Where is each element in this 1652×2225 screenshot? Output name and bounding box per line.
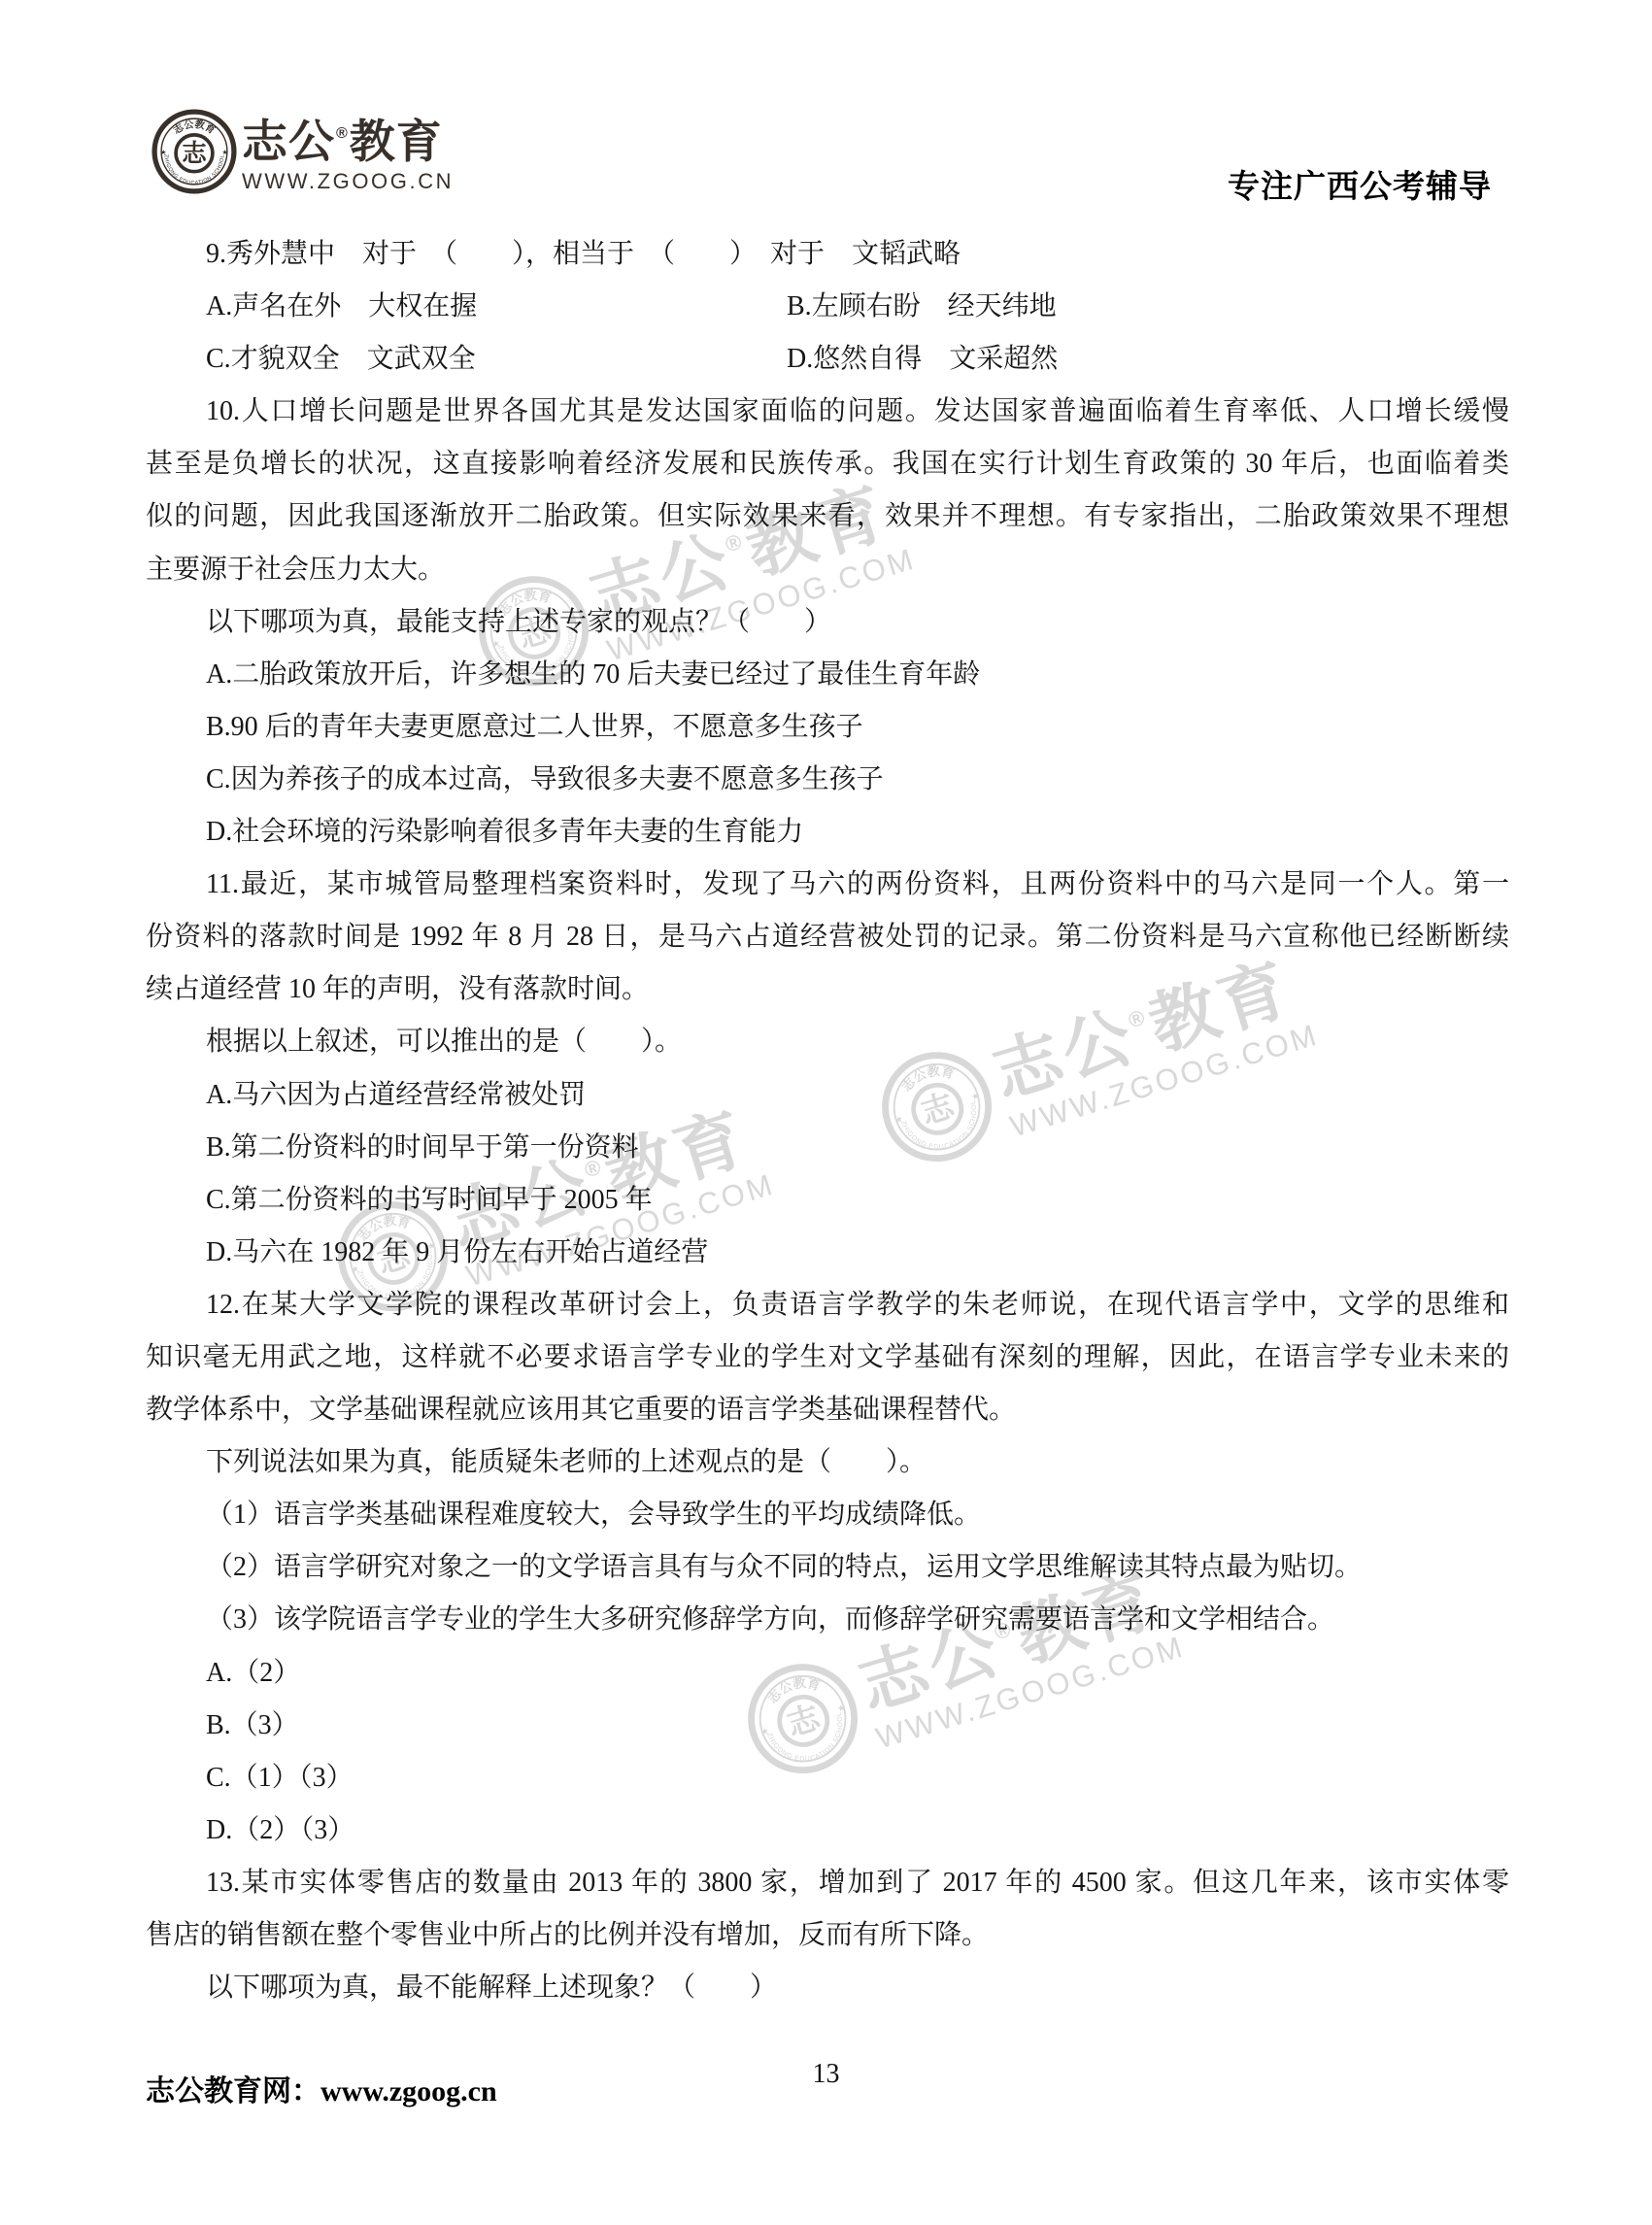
exam-page: 志公教育 ZHIGONG EDUCATION SCHOOL ★ ★ 志 志公®教… xyxy=(0,0,1652,2225)
brand-seal-icon xyxy=(152,109,237,194)
q12-statement-1: （1）语言学类基础课程难度较大，会导致学生的平均成绩降低。 xyxy=(146,1489,1509,1541)
q10-option-b: B.90 后的青年夫妻更愿意过二人世界，不愿意多生孩子 xyxy=(146,701,1509,754)
q10-option-a: A.二胎政策放开后，许多想生的 70 后夫妻已经过了最佳生育年龄 xyxy=(146,649,1509,701)
brand-url: WWW.ZGOOG.CN xyxy=(242,169,454,194)
q10-text-line1: 10.人口增长问题是世界各国尤其是发达国家面临的问题。发达国家普遍面临着生育率低… xyxy=(146,386,1509,438)
q12-statement-2: （2）语言学研究对象之一的文学语言具有与众不同的特点，运用文学思维解读其特点最为… xyxy=(146,1541,1509,1594)
q10-text-line4: 主要源于社会压力太大。 xyxy=(146,544,1509,596)
q13-text-line1: 13.某市实体零售店的数量由 2013 年的 3800 家，增加到了 2017 … xyxy=(146,1857,1509,1909)
q10-text-line2: 甚至是负增长的状况，这直接影响着经济发展和民族传承。我国在实行计划生育政策的 3… xyxy=(146,438,1509,490)
q12-option-b: B.（3） xyxy=(146,1700,1509,1752)
q10-prompt: 以下哪项为真，最能支持上述专家的观点？（ ） xyxy=(146,596,1509,649)
q11-text-line1: 11.最近，某市城管局整理档案资料时，发现了马六的两份资料，且两份资料中的马六是… xyxy=(146,859,1509,911)
q13-text-line2: 售店的销售额在整个零售业中所占的比例并没有增加，反而有所下降。 xyxy=(146,1909,1509,1962)
q12-text-line3: 教学体系中，文学基础课程就应该用其它重要的语言学类基础课程替代。 xyxy=(146,1384,1509,1436)
q9-options-cd-left: C.才貌双全 文武双全 xyxy=(146,344,476,374)
q12-prompt: 下列说法如果为真，能质疑朱老师的上述观点的是（ ）。 xyxy=(146,1436,1509,1489)
q10-option-d: D.社会环境的污染影响着很多青年夫妻的生育能力 xyxy=(146,806,1509,859)
header-slogan: 专注广西公考辅导 xyxy=(1228,161,1492,207)
q12-option-a: A.（2） xyxy=(146,1647,1509,1700)
q10-option-c: C.因为养孩子的成本过高，导致很多夫妻不愿意多生孩子 xyxy=(146,754,1509,806)
registered-mark: ® xyxy=(336,125,349,142)
q13-prompt: 以下哪项为真，最不能解释上述现象？（ ） xyxy=(146,1962,1509,2014)
q11-text-line3: 续占道经营 10 年的声明，没有落款时间。 xyxy=(146,963,1509,1016)
q9-options-cd: C.才貌双全 文武双全D.悠然自得 文采超然 xyxy=(146,333,1509,386)
q11-option-a: A.马六因为占道经营经常被处罚 xyxy=(146,1069,1509,1122)
q12-text-line1: 12.在某大学文学院的课程改革研讨会上，负责语言学教学的朱老师说，在现代语言学中… xyxy=(146,1279,1509,1332)
content-lines: 9.秀外慧中 对于 （ ），相当于 （ ） 对于 文韬武略A.声名在外 大权在握… xyxy=(146,228,1509,2014)
brand-name-right: 教育 xyxy=(350,116,443,167)
q10-text-line3: 似的问题，因此我国逐渐放开二胎政策。但实际效果来看，效果并不理想。有专家指出，二… xyxy=(146,490,1509,543)
page-number: 13 xyxy=(0,2059,1652,2090)
brand-logo-text: 志公®教育 WWW.ZGOOG.CN xyxy=(242,110,454,194)
brand-name-left: 志公 xyxy=(242,116,335,167)
q11-prompt: 根据以上叙述，可以推出的是（ ）。 xyxy=(146,1016,1509,1068)
page-header: 志公®教育 WWW.ZGOOG.CN 专注广西公考辅导 xyxy=(0,0,1652,223)
q12-text-line2: 知识毫无用武之地，这样就不必要求语言学专业的学生对文学基础有深刻的理解，因此，在… xyxy=(146,1332,1509,1384)
q12-statement-3: （3）该学院语言学专业的学生大多研究修辞学方向，而修辞学研究需要语言学和文学相结… xyxy=(146,1594,1509,1646)
q9-options-ab-left: A.声名在外 大权在握 xyxy=(146,291,477,321)
brand-logo: 志公®教育 WWW.ZGOOG.CN xyxy=(152,109,454,194)
q9-options-ab: A.声名在外 大权在握B.左顾右盼 经天纬地 xyxy=(146,281,1509,333)
q11-option-c: C.第二份资料的书写时间早于 2005 年 xyxy=(146,1174,1509,1227)
brand-name: 志公®教育 xyxy=(242,110,454,166)
q9-options-cd-right: D.悠然自得 文采超然 xyxy=(787,333,1058,386)
q12-option-c: C.（1）（3） xyxy=(146,1752,1509,1804)
q9-stem: 9.秀外慧中 对于 （ ），相当于 （ ） 对于 文韬武略 xyxy=(146,228,1509,281)
q9-options-ab-right: B.左顾右盼 经天纬地 xyxy=(787,281,1057,333)
q12-option-d: D.（2）（3） xyxy=(146,1804,1509,1857)
q11-text-line2: 份资料的落款时间是 1992 年 8 月 28 日，是马六占道经营被处罚的记录。… xyxy=(146,911,1509,963)
q11-option-b: B.第二份资料的时间早于第一份资料 xyxy=(146,1122,1509,1174)
q11-option-d: D.马六在 1982 年 9 月份左右开始占道经营 xyxy=(146,1227,1509,1279)
